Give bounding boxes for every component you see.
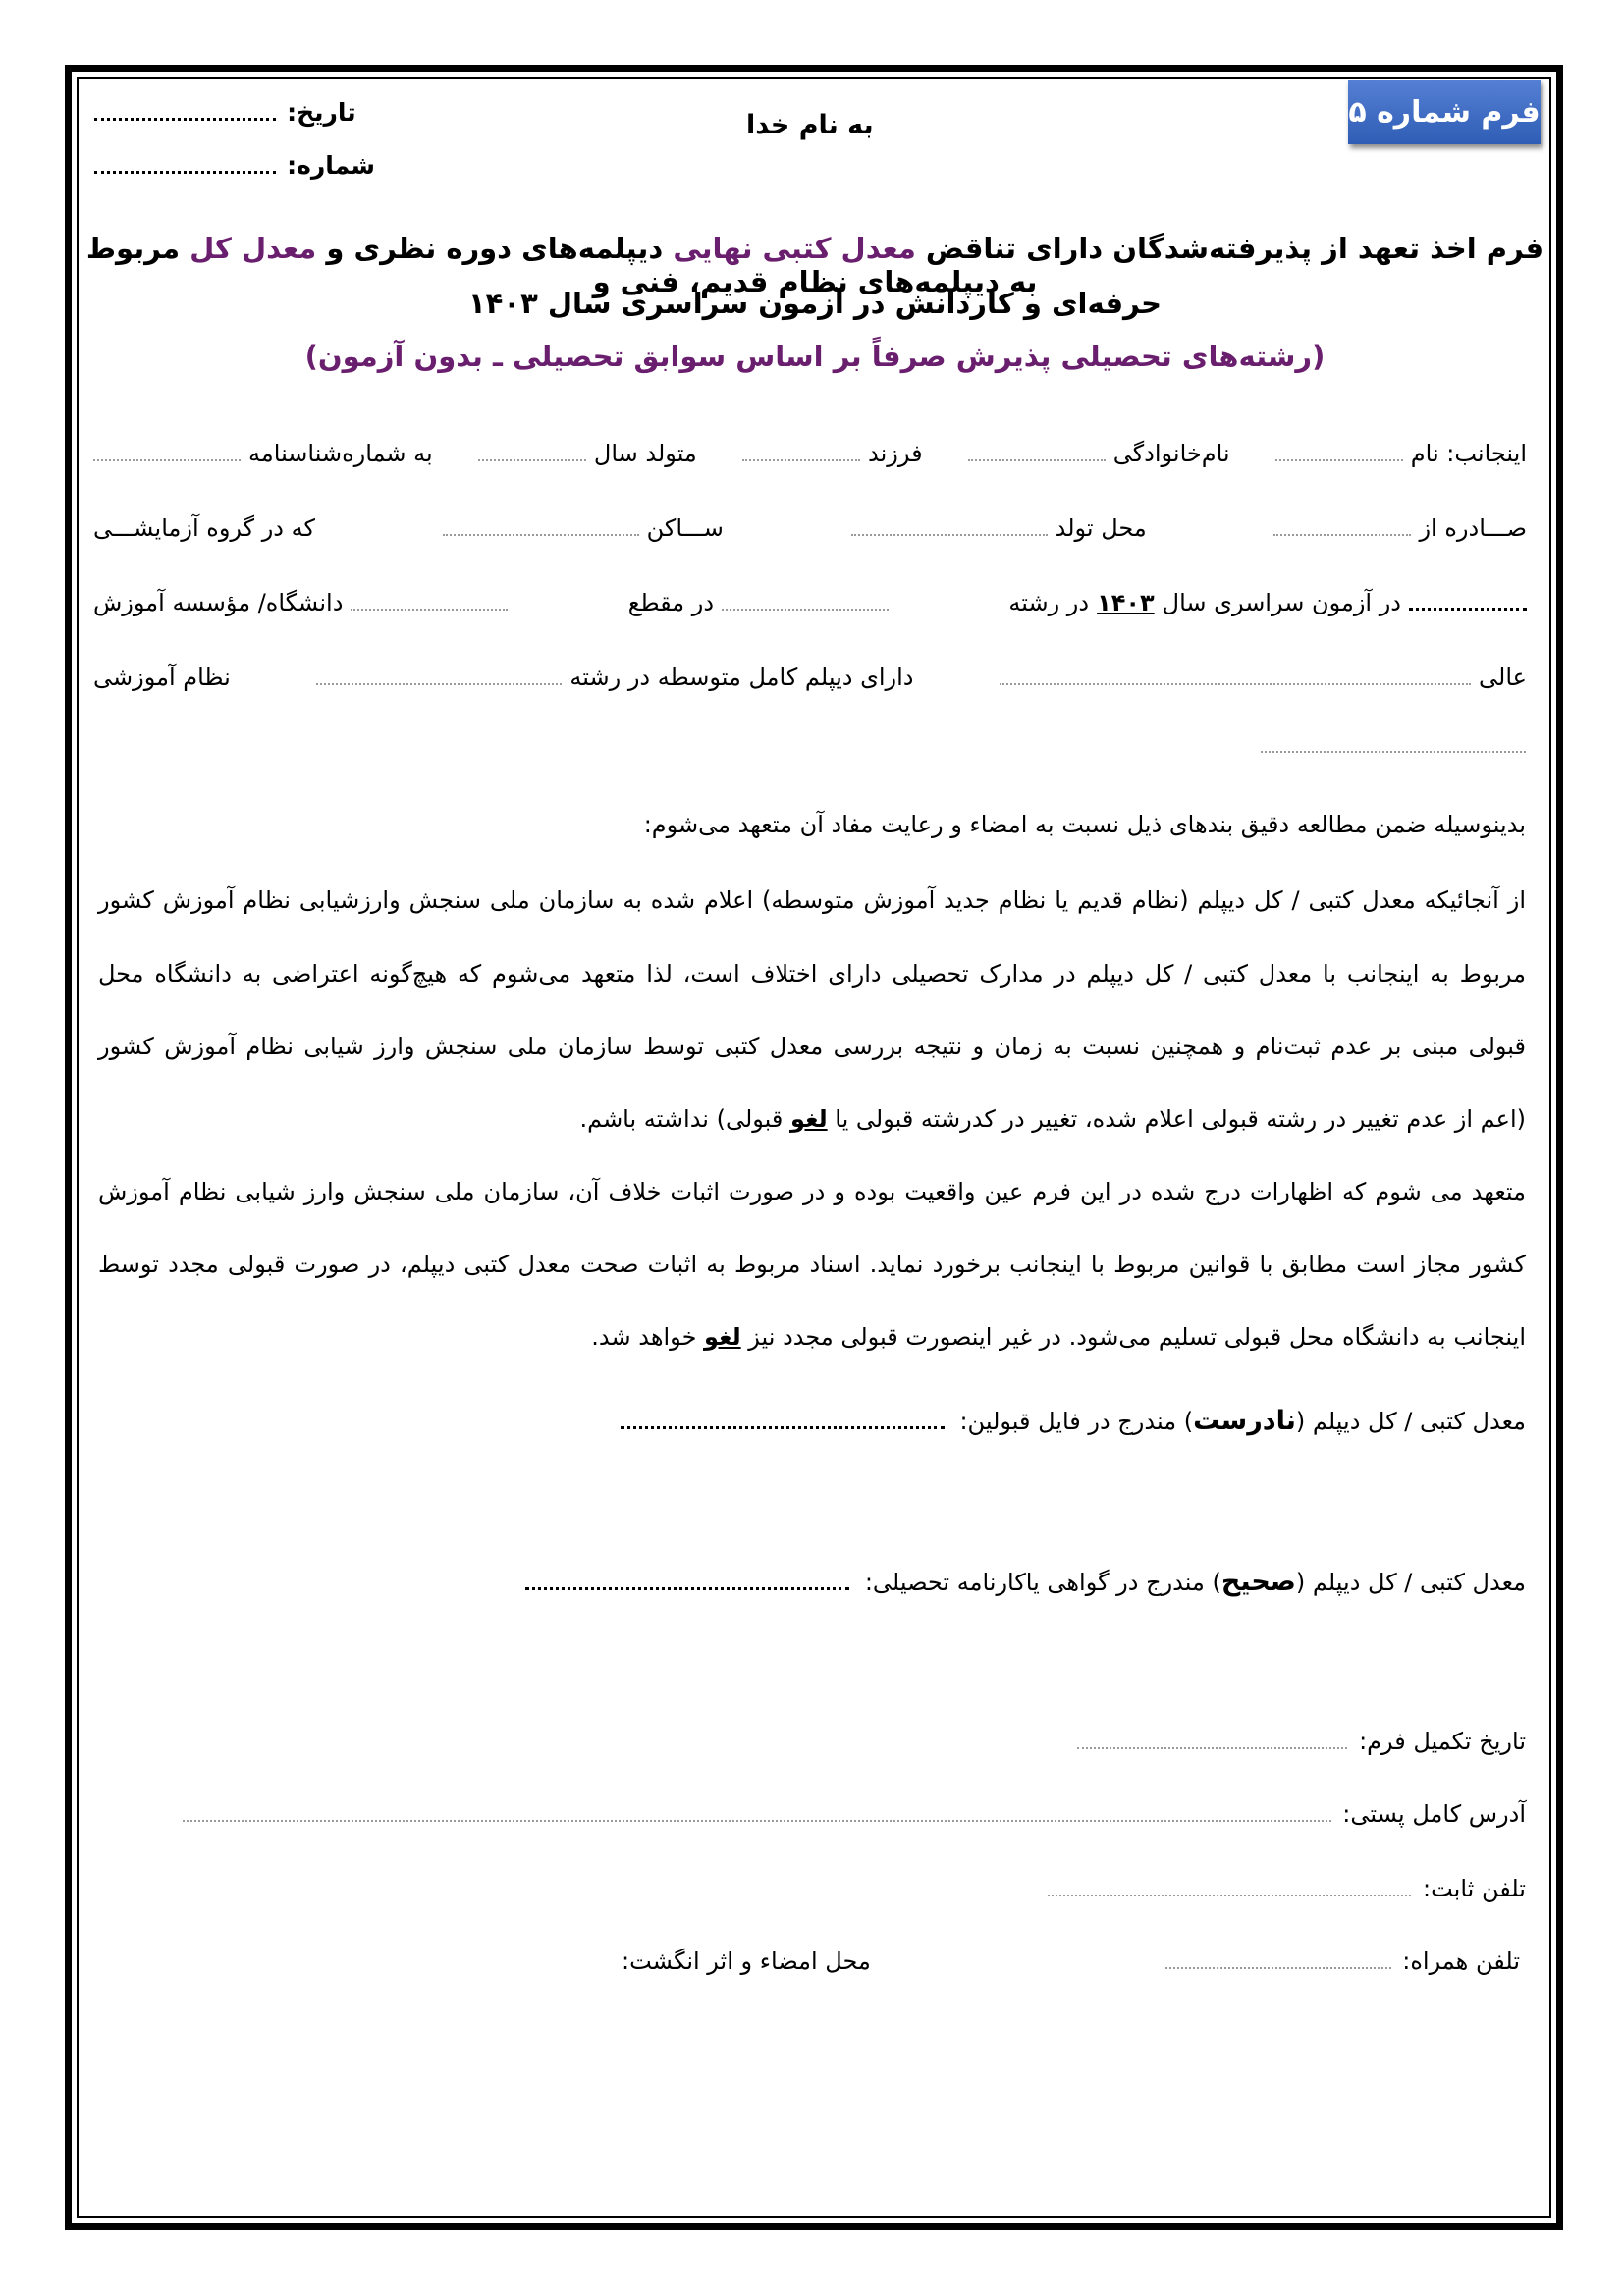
university-field[interactable]: دانشگاه/ مؤسسه آموزش	[93, 589, 508, 616]
landline-label: تلفن ثابت:	[1423, 1875, 1526, 1902]
last-name-field[interactable]: نام‌خانوادگی	[968, 440, 1230, 467]
date-field[interactable]: تاریخ:	[94, 98, 356, 127]
paragraph1-line1: از آنجائیکه معدل کتبی / کل دیپلم (نظام ق…	[98, 886, 1526, 914]
issued-from-label: صـــادره از	[1419, 514, 1527, 542]
paragraph2-line2: کشور مجاز است مطابق با قوانین مربوط با ا…	[98, 1251, 1526, 1278]
cancel-emphasis: لغو	[790, 1105, 828, 1133]
completion-date-blank[interactable]	[1077, 1747, 1347, 1749]
correct-gpa-blank[interactable]	[525, 1587, 849, 1590]
first-name-blank[interactable]	[1275, 459, 1403, 461]
text-segment: ) مندرج در فایل قبولین:	[959, 1408, 1193, 1435]
birth-year-label: متولد سال	[594, 440, 697, 467]
title-highlight-total-gpa: معدل کل	[189, 232, 316, 265]
degree-blank[interactable]	[351, 609, 508, 611]
postal-address-field[interactable]: آدرس کامل پستی:	[183, 1800, 1526, 1828]
residence-blank[interactable]	[443, 534, 639, 536]
field-row-1: اینجانب: نام نام‌خانوادگی فرزند متولد سا…	[93, 440, 1527, 467]
last-name-label: نام‌خانوادگی	[1113, 440, 1230, 467]
diploma-major-label: دارای دیپلم کامل متوسطه در رشته	[569, 664, 913, 691]
number-field[interactable]: شماره:	[94, 151, 375, 180]
field-row-4: عالی دارای دیپلم کامل متوسطه در رشته نظا…	[93, 664, 1527, 691]
higher-ed-field[interactable]: عالی	[1000, 664, 1527, 691]
paragraph2-line3: اینجانب به دانشگاه محل قبولی تسلیم می‌شو…	[591, 1323, 1526, 1351]
degree-label: در مقطع	[628, 589, 714, 616]
paragraph2-line1: متعهد می شوم که اظهارات درج شده در این ف…	[98, 1178, 1526, 1205]
text-segment: معدل کتبی / کل دیپلم (	[1296, 1408, 1526, 1435]
mobile-blank[interactable]	[1165, 1967, 1391, 1969]
birthplace-blank[interactable]	[851, 534, 1048, 536]
number-label: شماره:	[287, 151, 375, 180]
birth-year-blank[interactable]	[478, 459, 586, 461]
text-segment: ) مندرج در گواهی یاکارنامه تحصیلی:	[865, 1569, 1221, 1596]
exam-group-field[interactable]: که در گروه آزمایشـــی	[93, 514, 315, 542]
landline-field[interactable]: تلفن ثابت:	[1048, 1875, 1526, 1902]
residence-label: ســـاکن	[647, 514, 724, 542]
residence-field[interactable]: ســـاکن	[443, 514, 724, 542]
birthplace-field[interactable]: محل تولد	[851, 514, 1147, 542]
university-label: دانشگاه/ مؤسسه آموزش	[93, 589, 343, 616]
major-label: در رشته	[1008, 589, 1089, 616]
education-system-field[interactable]: نظام آموزشی	[93, 664, 231, 691]
exam-year: ۱۴۰۳	[1097, 589, 1155, 616]
degree-field[interactable]: در مقطع	[628, 589, 889, 616]
paragraph1-line3: قبولی مبنی بر عدم ثبت‌نام و همچنین نسبت …	[98, 1033, 1526, 1060]
first-name-label: اینجانب: نام	[1411, 440, 1527, 467]
father-name-label: فرزند	[868, 440, 923, 467]
signature-label: محل امضاء و اثر انگشت:	[622, 1948, 871, 1975]
education-system-blank[interactable]	[1261, 751, 1526, 753]
title-text: دیپلمه‌های دوره نظری و	[316, 232, 673, 265]
text-segment: (اعم از عدم تغییر در رشته قبولی اعلام شد…	[828, 1105, 1526, 1133]
paragraph1-line4: (اعم از عدم تغییر در رشته قبولی اعلام شد…	[579, 1105, 1526, 1133]
completion-date-field[interactable]: تاریخ تکمیل فرم:	[1077, 1728, 1526, 1755]
higher-ed-label: عالی	[1479, 664, 1527, 691]
incorrect-gpa-blank[interactable]	[621, 1426, 945, 1429]
father-name-field[interactable]: فرزند	[742, 440, 923, 467]
diploma-major-blank[interactable]	[316, 683, 562, 685]
paragraph1-line2: مربوط به اینجانب با معدل کتبی / کل دیپلم…	[98, 960, 1526, 988]
field-row-2: صـــادره از محل تولد ســـاکن که در گروه …	[93, 514, 1527, 542]
exam-year-label: در آزمون سراسری سال	[1163, 589, 1401, 616]
text-segment: اینجانب به دانشگاه محل قبولی تسلیم می‌شو…	[741, 1323, 1526, 1351]
id-number-field[interactable]: به شماره‌شناسنامه	[93, 440, 433, 467]
major-blank[interactable]	[722, 609, 889, 611]
university-blank[interactable]	[1000, 683, 1471, 685]
correct-gpa-field[interactable]: معدل کتبی / کل دیپلم (صحیح) مندرج در گوا…	[525, 1567, 1526, 1597]
issued-from-blank[interactable]	[1273, 534, 1411, 536]
correct-emphasis: صحیح	[1221, 1567, 1296, 1597]
exam-field[interactable]: در آزمون سراسری سال۱۴۰۳در رشته	[1008, 589, 1527, 616]
postal-address-label: آدرس کامل پستی:	[1342, 1800, 1526, 1828]
text-segment: معدل کتبی / کل دیپلم (	[1296, 1569, 1526, 1596]
mobile-label: تلفن همراه:	[1402, 1948, 1520, 1975]
father-name-blank[interactable]	[742, 459, 860, 461]
date-label: تاریخ:	[287, 98, 356, 127]
completion-date-label: تاریخ تکمیل فرم:	[1359, 1728, 1526, 1755]
id-number-label: به شماره‌شناسنامه	[248, 440, 433, 467]
form-number-label: فرم شماره ۵	[1348, 95, 1540, 130]
last-name-blank[interactable]	[968, 459, 1106, 461]
form-title-line2: حرفه‌ای و کاردانش در آزمون سراسری سال ۱۴…	[79, 287, 1551, 320]
text-segment: خواهد شد.	[591, 1323, 704, 1351]
education-system-label: نظام آموزشی	[93, 664, 231, 691]
id-number-blank[interactable]	[93, 459, 241, 461]
intro-text: بدینوسیله ضمن مطالعه دقیق بندهای ذیل نسب…	[644, 811, 1526, 838]
field-row-3: در آزمون سراسری سال۱۴۰۳در رشته در مقطع د…	[93, 589, 1527, 616]
mobile-field[interactable]: تلفن همراه:	[1165, 1948, 1520, 1975]
exam-group-label: که در گروه آزمایشـــی	[93, 514, 315, 542]
first-name-field[interactable]: اینجانب: نام	[1275, 440, 1527, 467]
form-number-badge: فرم شماره ۵	[1348, 80, 1541, 144]
education-system-blank-row	[1261, 738, 1526, 757]
diploma-major-field[interactable]: دارای دیپلم کامل متوسطه در رشته	[316, 664, 913, 691]
signature-area[interactable]: محل امضاء و اثر انگشت:	[622, 1948, 871, 1975]
exam-group-blank[interactable]	[1409, 608, 1527, 611]
cancel-emphasis: لغو	[704, 1323, 741, 1351]
postal-address-blank[interactable]	[183, 1820, 1331, 1822]
landline-blank[interactable]	[1048, 1895, 1411, 1896]
title-text: فرم اخذ تعهد از پذیرفته‌شدگان دارای تناق…	[916, 232, 1543, 265]
text-segment: قبولی) نداشته باشم.	[579, 1105, 790, 1133]
date-blank[interactable]	[94, 118, 276, 121]
incorrect-gpa-field[interactable]: معدل کتبی / کل دیپلم (نادرست) مندرج در ف…	[621, 1406, 1526, 1436]
title-highlight-final-written-gpa: معدل کتبی نهایی	[673, 232, 915, 265]
birth-year-field[interactable]: متولد سال	[478, 440, 697, 467]
number-blank[interactable]	[94, 171, 276, 174]
form-subtitle: (رشته‌های تحصیلی پذیرش صرفاً بر اساس سوا…	[79, 340, 1551, 373]
birthplace-label: محل تولد	[1056, 514, 1147, 542]
bismillah-heading: به نام خدا	[746, 110, 874, 140]
issued-from-field[interactable]: صـــادره از	[1273, 514, 1527, 542]
incorrect-emphasis: نادرست	[1193, 1406, 1296, 1436]
